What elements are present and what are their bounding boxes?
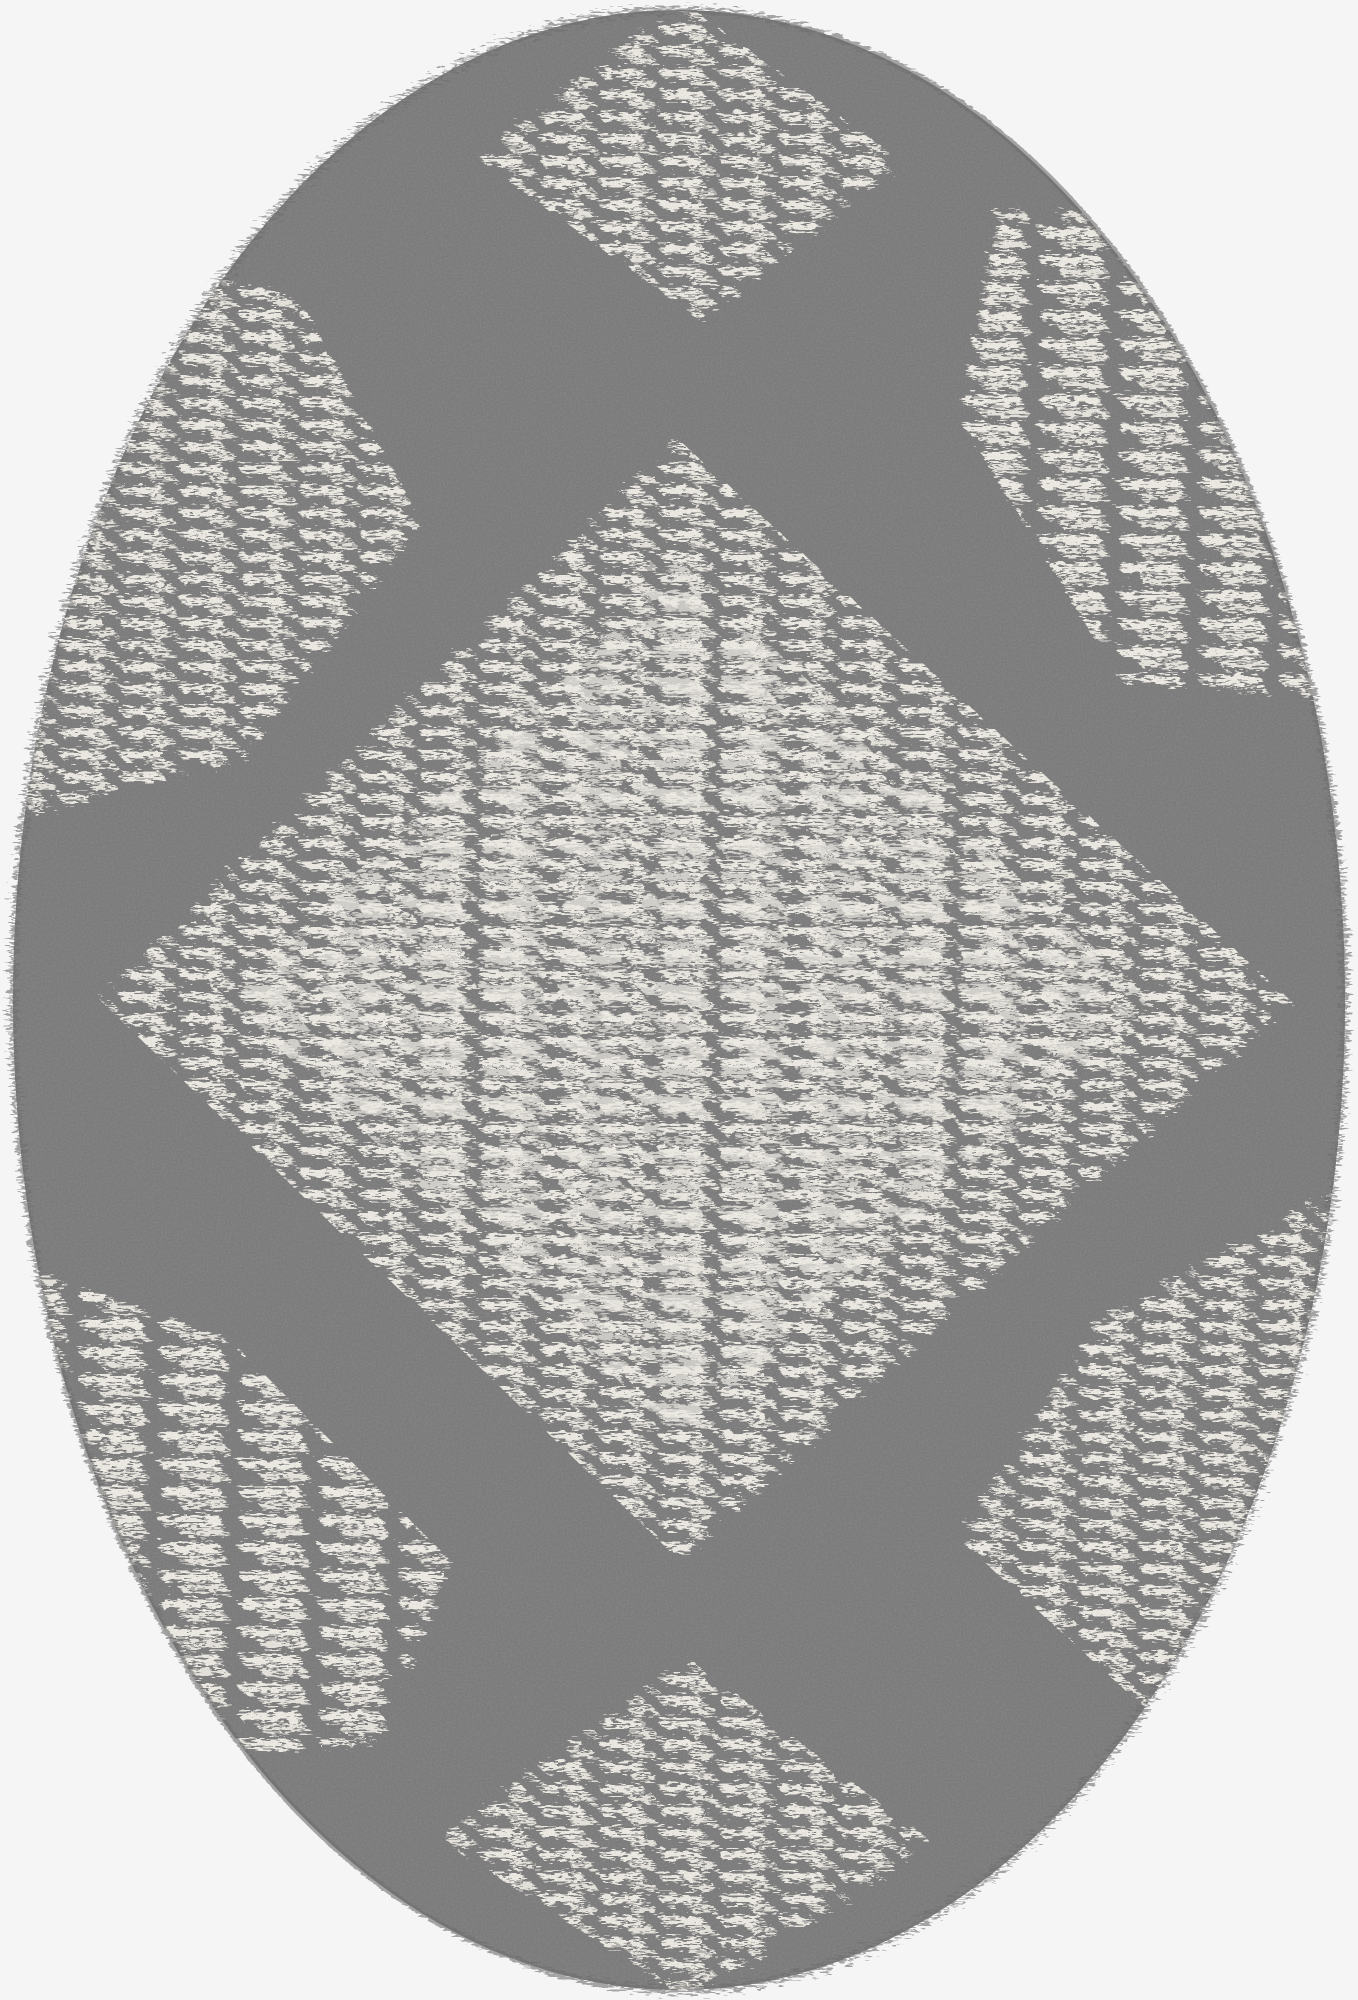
shag-texture — [0, 0, 1358, 2000]
oval-shag-rug — [0, 0, 1358, 2000]
product-photo: Gray oval shag rug with cream distressed… — [0, 0, 1358, 2000]
rug-surface — [0, 0, 1358, 2000]
